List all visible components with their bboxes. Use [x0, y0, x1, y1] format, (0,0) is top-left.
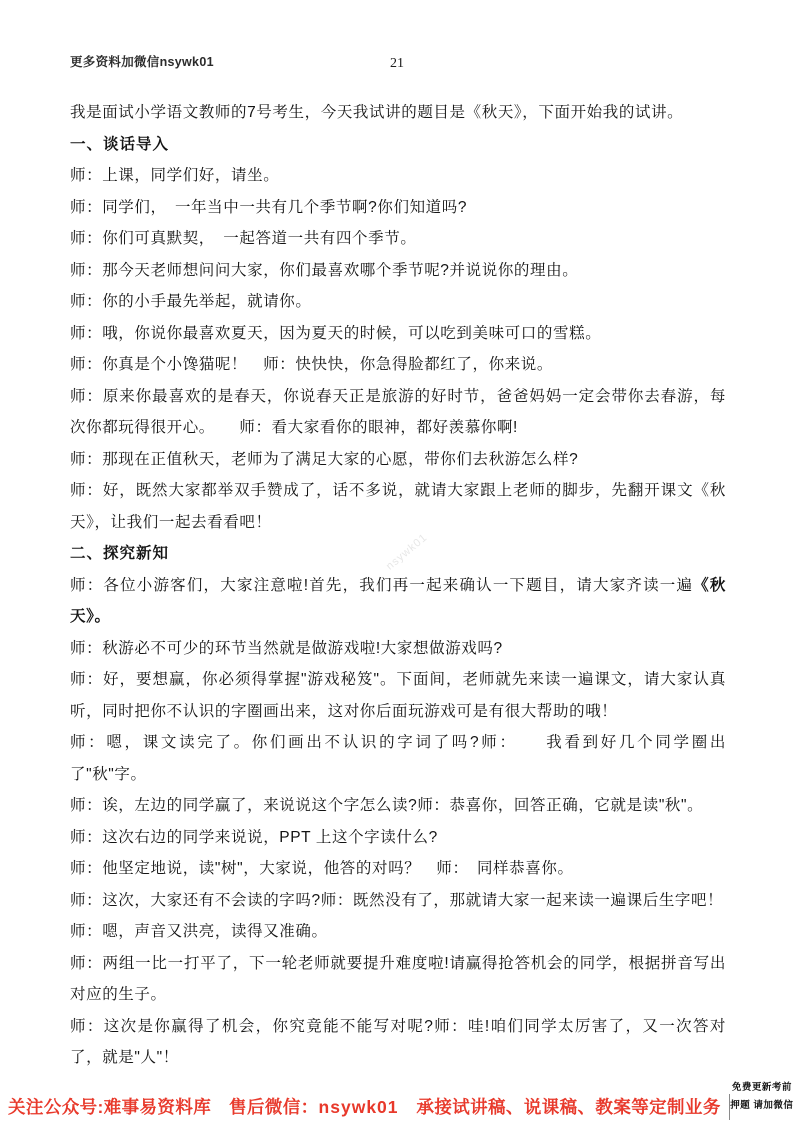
paragraph: 师：那现在正值秋天，老师为了满足大家的心愿，带你们去秋游怎么样? — [70, 444, 726, 476]
text-segment: 师：嗯，声音又洪亮，读得又准确。 — [70, 923, 328, 940]
text-segment: 师：好，既然大家都举双手赞成了，话不多说，就请大家跟上老师的脚步，先翻开课文《秋… — [70, 482, 726, 531]
paragraph: 师：嗯，声音又洪亮，读得又准确。 — [70, 916, 726, 948]
text-segment: 师：这次是你赢得了机会，你究竟能不能写对呢?师：哇!咱们同学太厉害了，又一次答对… — [70, 1018, 726, 1067]
footer-promo-segment: nsywk01 — [319, 1097, 399, 1117]
section-heading: 二、探究新知 — [70, 538, 726, 570]
text-segment: 师：各位小游客们，大家注意啦!首先，我们再一起来确认一下题目，请大家齐读一遍 — [70, 577, 693, 594]
paragraph: 师：嗯，课文读完了。你们画出不认识的字词了吗?师： 我看到好几个同学圈出了"秋"… — [70, 727, 726, 790]
footer-promo-segment: 售后微信： — [211, 1097, 318, 1117]
text-segment: 师：嗯，课文读完了。你们画出不认识的字词了吗?师： 我看到好几个同学圈出了"秋"… — [70, 734, 726, 783]
footer-banner: 关注公众号:难事易资料库 售后微信：nsywk01 承接试讲稿、说课稿、教案等定… — [0, 1090, 794, 1122]
text-segment: 我是面试小学语文教师的7号考生，今天我试讲的题目是《秋天》，下面开始我的试讲。 — [70, 104, 683, 121]
text-segment: 师：秋游必不可少的环节当然就是做游戏啦!大家想做游戏吗? — [70, 640, 503, 657]
bold-text-segment: 二、探究新知 — [70, 545, 169, 562]
text-segment: 师：原来你最喜欢的是春天，你说春天正是旅游的好时节，爸爸妈妈一定会带你去春游，每… — [70, 388, 726, 437]
paragraph: 师：你的小手最先举起，就请你。 — [70, 286, 726, 318]
text-segment: 师：你们可真默契， 一起答道一共有四个季节。 — [70, 230, 416, 247]
text-segment: 师：你的小手最先举起，就请你。 — [70, 293, 312, 310]
paragraph: 师：上课，同学们好，请坐。 — [70, 160, 726, 192]
text-segment: 师：那现在正值秋天，老师为了满足大家的心愿，带你们去秋游怎么样? — [70, 451, 578, 468]
text-segment: 师：两组一比一打平了，下一轮老师就要提升难度啦!请赢得抢答机会的同学，根据拼音写… — [70, 955, 726, 1004]
paragraph: 师：这次，大家还有不会读的字吗?师：既然没有了，那就请大家一起来读一遍课后生字吧… — [70, 885, 726, 917]
footer-promo-segment: 关注公众号:难事易资料库 — [8, 1097, 211, 1117]
text-segment: 师：这次，大家还有不会读的字吗?师：既然没有了，那就请大家一起来读一遍课后生字吧… — [70, 892, 723, 909]
footer-right-section: 免费更新考前押题 请加微信 — [730, 1077, 794, 1122]
paragraph: 师：诶，左边的同学赢了，来说说这个字怎么读?师：恭喜你，回答正确，它就是读"秋"… — [70, 790, 726, 822]
paragraph: 师：各位小游客们，大家注意啦!首先，我们再一起来确认一下题目，请大家齐读一遍《秋… — [70, 570, 726, 633]
text-segment: 师：诶，左边的同学赢了，来说说这个字怎么读?师：恭喜你，回答正确，它就是读"秋"… — [70, 797, 703, 814]
paragraph: 师：他坚定地说，读"树"，大家说，他答的对吗？ 师： 同样恭喜你。 — [70, 853, 726, 885]
text-segment: 师：好，要想赢，你必须得掌握"游戏秘笈"。下面间，老师就先来读一遍课文，请大家认… — [70, 671, 726, 720]
section-heading: 一、谈话导入 — [70, 129, 726, 161]
paragraph: 我是面试小学语文教师的7号考生，今天我试讲的题目是《秋天》，下面开始我的试讲。 — [70, 97, 726, 129]
text-segment: 师：上课，同学们好，请坐。 — [70, 167, 279, 184]
paragraph: 师：哦，你说你最喜欢夏天，因为夏天的时候，可以吃到美味可口的雪糕。 — [70, 318, 726, 350]
document-page: 更多资料加微信nsywk01 21 我是面试小学语文教师的7号考生，今天我试讲的… — [0, 0, 794, 1122]
bold-text-segment: 一、谈话导入 — [70, 136, 169, 153]
paragraph: 师：原来你最喜欢的是春天，你说春天正是旅游的好时节，爸爸妈妈一定会带你去春游，每… — [70, 381, 726, 444]
text-segment: 师：同学们， 一年当中一共有几个季节啊?你们知道吗? — [70, 199, 467, 216]
paragraph: 师：好，要想赢，你必须得掌握"游戏秘笈"。下面间，老师就先来读一遍课文，请大家认… — [70, 664, 726, 727]
paragraph: 师：好，既然大家都举双手赞成了，话不多说，就请大家跟上老师的脚步，先翻开课文《秋… — [70, 475, 726, 538]
document-body: 我是面试小学语文教师的7号考生，今天我试讲的题目是《秋天》，下面开始我的试讲。一… — [70, 97, 726, 1074]
footer-promo-segment: 承接试讲稿、说课稿、教案等定制业务 — [399, 1097, 721, 1117]
paragraph: 师：你们可真默契， 一起答道一共有四个季节。 — [70, 223, 726, 255]
text-segment: 师：那今天老师想问问大家，你们最喜欢哪个季节呢?并说说你的理由。 — [70, 262, 578, 279]
text-segment: 师：他坚定地说，读"树"，大家说，他答的对吗？ 师： 同样恭喜你。 — [70, 860, 574, 877]
paragraph: 师：同学们， 一年当中一共有几个季节啊?你们知道吗? — [70, 192, 726, 224]
paragraph: 师：那今天老师想问问大家，你们最喜欢哪个季节呢?并说说你的理由。 — [70, 255, 726, 287]
page-number: 21 — [0, 56, 794, 72]
footer-promo-text: 关注公众号:难事易资料库 售后微信：nsywk01 承接试讲稿、说课稿、教案等定… — [0, 1094, 727, 1122]
paragraph: 师：秋游必不可少的环节当然就是做游戏啦!大家想做游戏吗? — [70, 633, 726, 665]
paragraph: 师：这次右边的同学来说说，PPT 上这个字读什么? — [70, 822, 726, 854]
paragraph: 师：这次是你赢得了机会，你究竟能不能写对呢?师：哇!咱们同学太厉害了，又一次答对… — [70, 1011, 726, 1074]
text-segment: 师：哦，你说你最喜欢夏天，因为夏天的时候，可以吃到美味可口的雪糕。 — [70, 325, 601, 342]
paragraph: 师：你真是个小馋猫呢！ 师：快快快，你急得脸都红了，你来说。 — [70, 349, 726, 381]
text-segment: 师：你真是个小馋猫呢！ 师：快快快，你急得脸都红了，你来说。 — [70, 356, 553, 373]
footer-update-note: 免费更新考前押题 请加微信 — [730, 1082, 793, 1111]
paragraph: 师：两组一比一打平了，下一轮老师就要提升难度啦!请赢得抢答机会的同学，根据拼音写… — [70, 948, 726, 1011]
text-segment: 师：这次右边的同学来说说，PPT 上这个字读什么? — [70, 829, 438, 846]
